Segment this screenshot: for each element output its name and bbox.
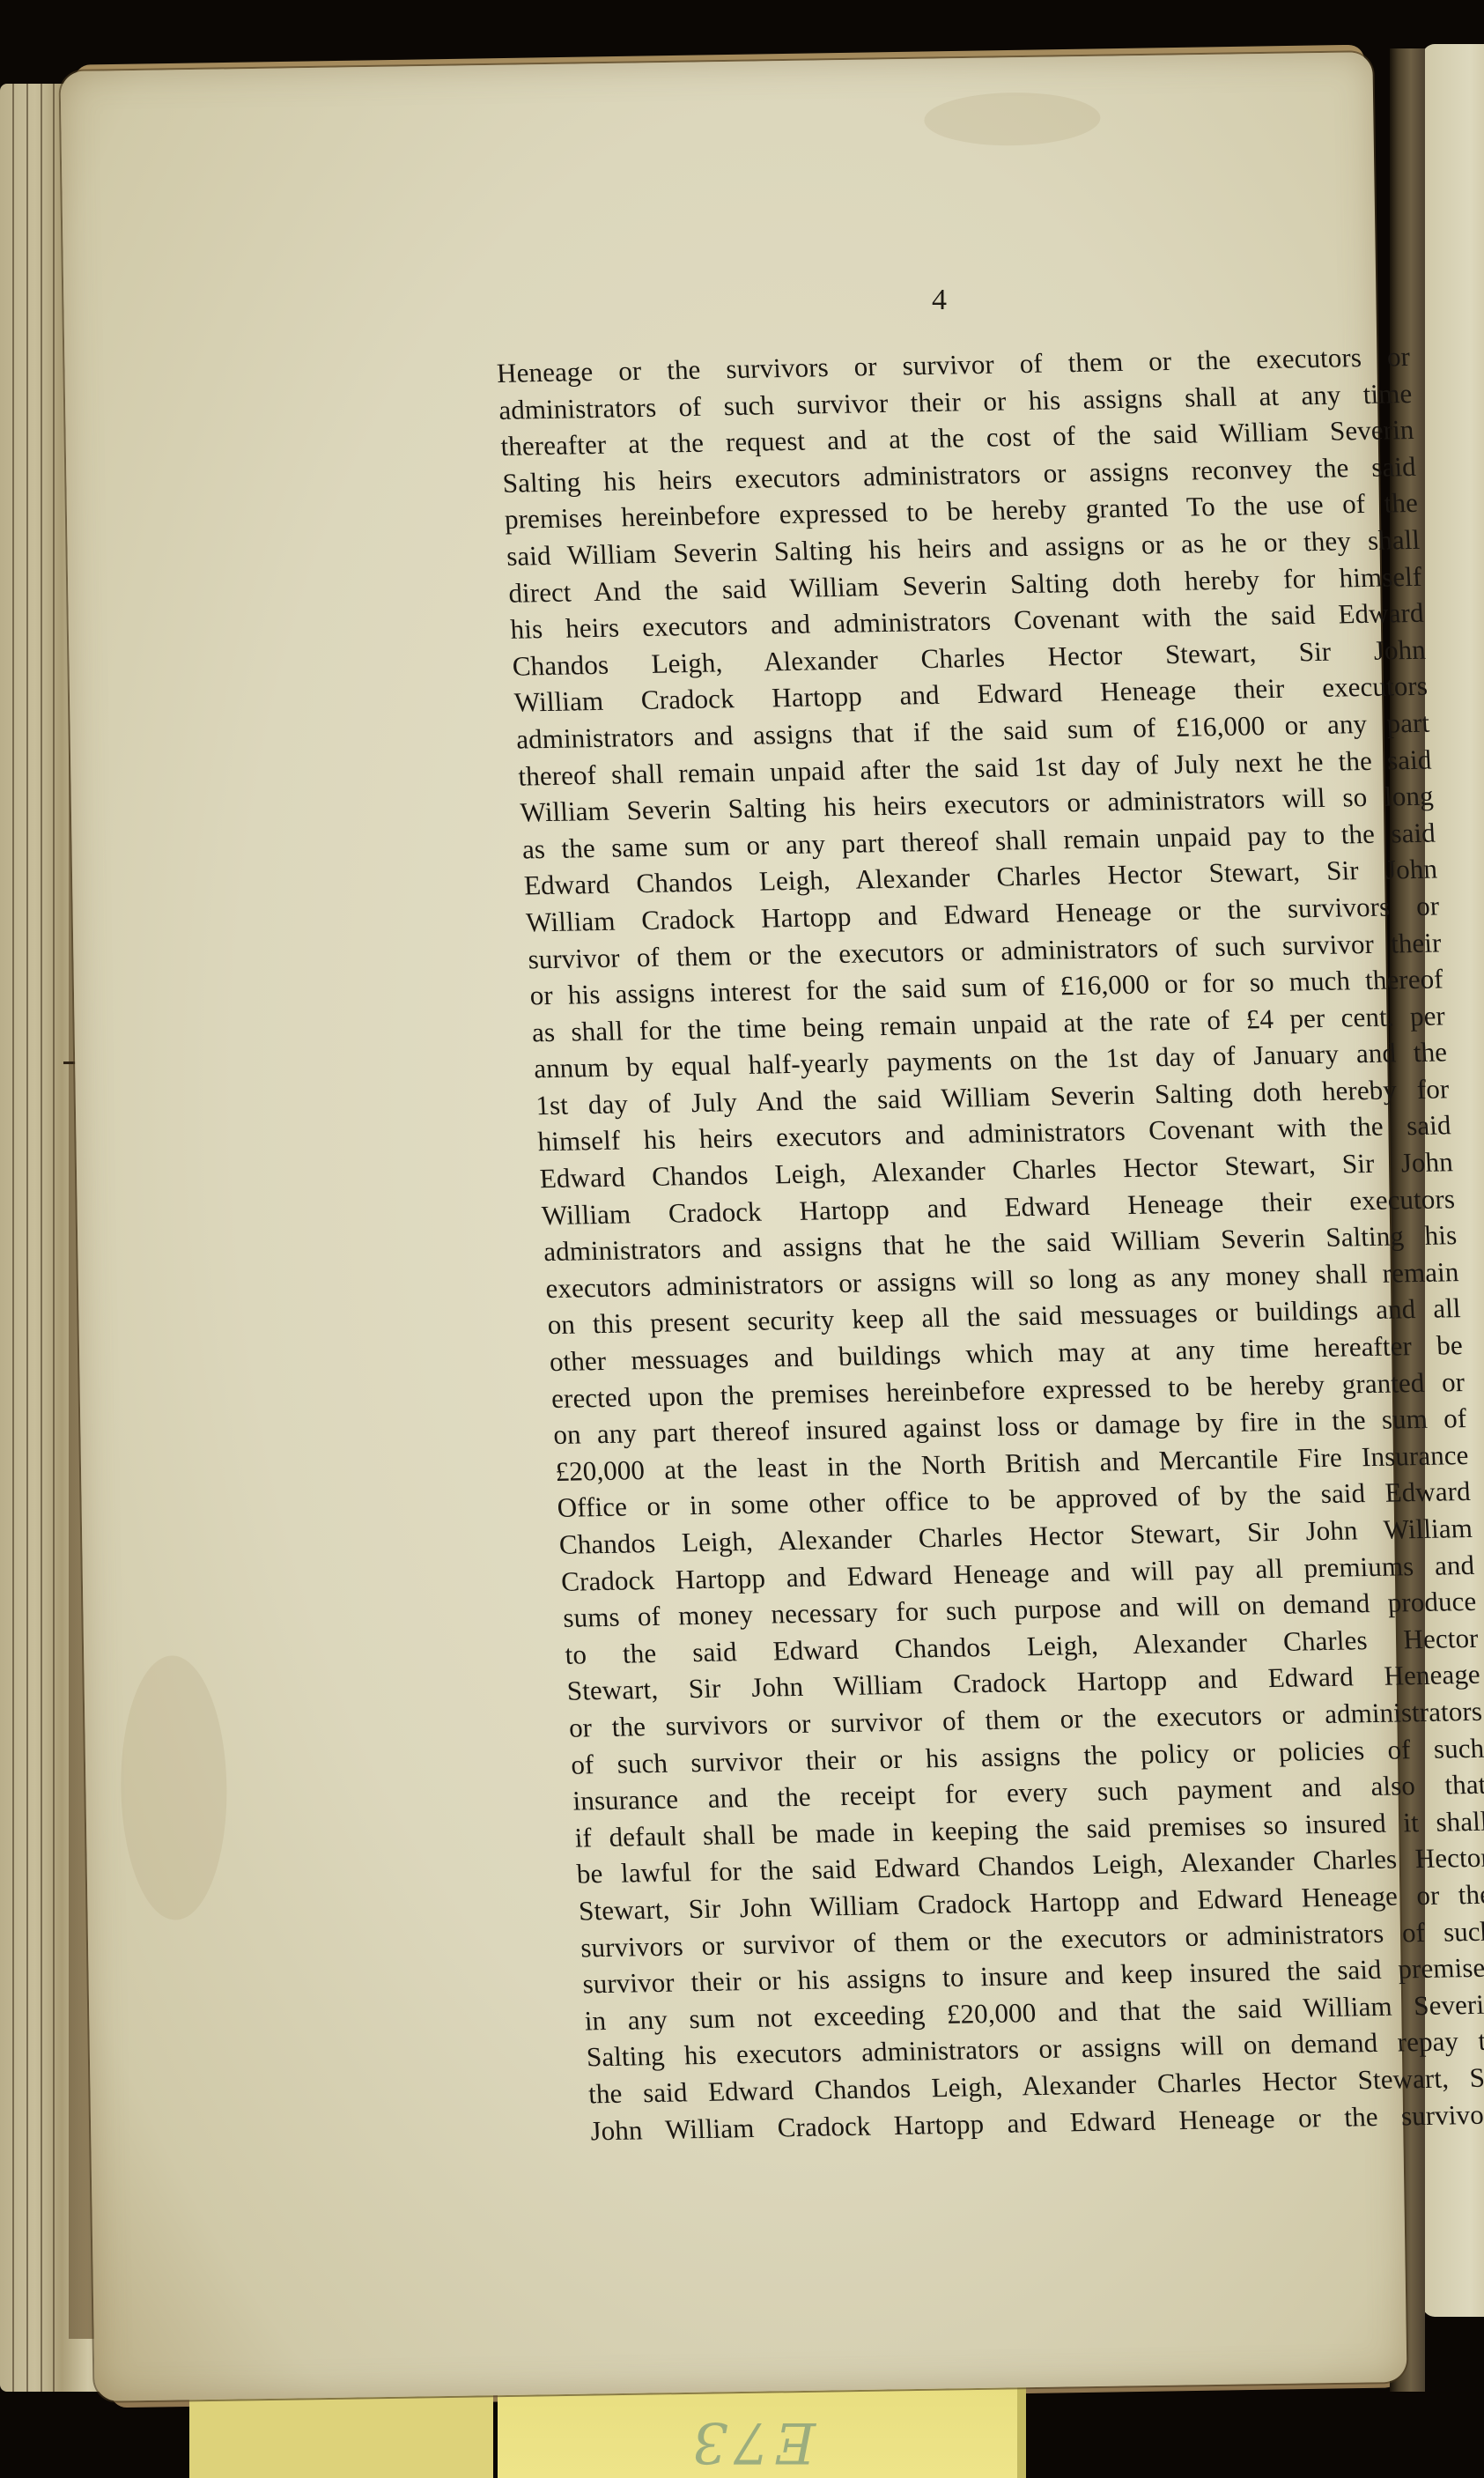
book-scan-scene: E73 4 Heneage or the survivors or surviv… [0, 0, 1484, 2478]
page-edge-line [26, 84, 28, 2392]
document-body: Heneage or the survivors or survivor of … [496, 338, 1484, 2149]
handwritten-slip-label: E73 [687, 2409, 816, 2474]
paper-stain [924, 92, 1101, 147]
page-edge-line [53, 84, 55, 2392]
paper-stain [119, 1655, 228, 1921]
page-number: 4 [932, 284, 947, 317]
yellow-slip-left [189, 2394, 493, 2478]
page-edge-line [41, 84, 42, 2392]
page-edge-line [12, 84, 14, 2392]
